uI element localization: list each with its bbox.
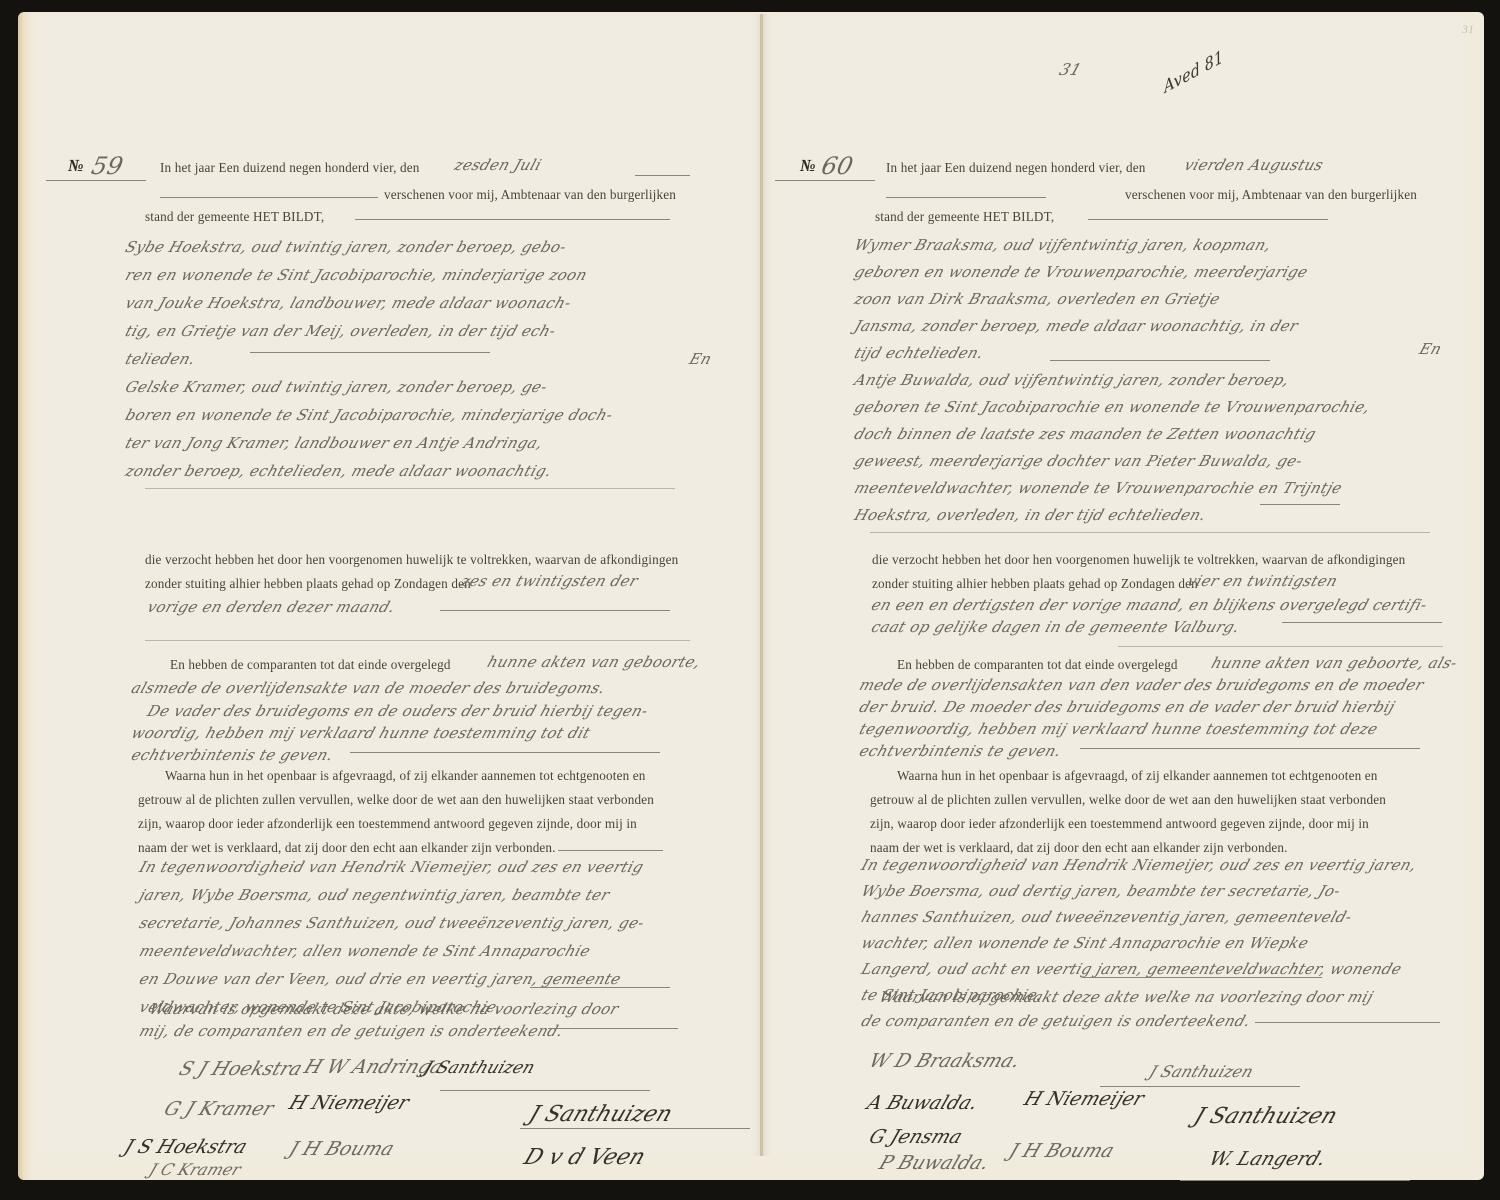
documents-line: woordig, hebben mij verklaard hunne toes… <box>129 724 593 742</box>
bride-line: zonder beroep, echtelieden, mede aldaar … <box>123 462 554 480</box>
vows-text: naam der wet is verklaard, dat zij door … <box>870 840 1288 856</box>
groom-line: zoon van Dirk Braaksma, overleden en Gri… <box>852 290 1223 308</box>
divider <box>1088 219 1328 220</box>
groom-line: Sybe Hoekstra, oud twintig jaren, zonder… <box>123 238 569 256</box>
bride-line: Antje Buwalda, oud vijfentwintig jaren, … <box>852 371 1292 389</box>
signature: H Niemeijer <box>1021 1088 1147 1110</box>
banns-dates: vorige en derden dezer maand. <box>145 598 397 616</box>
divider <box>558 850 663 851</box>
signature: W D Braaksma. <box>866 1050 1023 1072</box>
signature: D v d Veen <box>520 1145 648 1170</box>
record-number: 59 <box>89 152 125 180</box>
bride-line: geboren te Sint Jacobiparochie en wonend… <box>852 398 1373 416</box>
witness-line: hannes Santhuizen, oud tweeënzeventig ja… <box>859 908 1354 926</box>
signature: H Niemeijer <box>286 1092 412 1114</box>
bride-line: Hoekstra, overleden, in der tijd echteli… <box>852 506 1208 524</box>
documents-line: echtverbintenis te geven. <box>857 742 1064 760</box>
groom-line: tijd echtelieden. <box>852 344 986 362</box>
closing-line: Waarvan is opgemaakt deze akte, welke na… <box>147 1000 621 1018</box>
signature: J Santhuizen <box>1190 1104 1340 1129</box>
marriage-date: vierden Augustus <box>1182 156 1326 174</box>
documents-line: hunne akten van geboorte, <box>485 653 703 671</box>
witness-line: en Douwe van der Veen, oud drie en veert… <box>137 970 623 988</box>
divider <box>440 610 670 611</box>
bride-line: ter van Jong Kramer, landbouwer en Antje… <box>123 434 545 452</box>
signature: S J Hoekstra <box>176 1058 305 1080</box>
groom-line: van Jouke Hoekstra, landbouwer, mede ald… <box>123 294 573 312</box>
signature: G Jensma <box>866 1126 965 1148</box>
signature: G J Kramer <box>161 1098 277 1120</box>
vows-text: zijn, waarop door ieder afzonderlijk een… <box>870 816 1369 832</box>
vows-text: getrouw al de plichten zullen vervullen,… <box>870 792 1386 808</box>
witness-line: secretarie, Johannes Santhuizen, oud twe… <box>137 914 647 932</box>
witness-line: In tegenwoordigheid van Hendrik Niemeije… <box>137 858 646 876</box>
divider <box>886 197 1046 198</box>
vows-text: Waarna hun in het openbaar is afgevraagd… <box>897 768 1378 784</box>
divider <box>145 488 675 489</box>
divider <box>355 219 670 220</box>
divider <box>250 352 490 353</box>
vows-text: naam der wet is verklaard, dat zij door … <box>138 840 556 856</box>
divider <box>530 987 670 988</box>
divider <box>160 197 378 198</box>
divider <box>46 180 146 181</box>
groom-line: ren en wonende te Sint Jacobiparochie, m… <box>123 266 590 284</box>
witness-line: meenteveldwachter, allen wonende te Sint… <box>137 942 593 960</box>
vows-text: zijn, waarop door ieder afzonderlijk een… <box>138 816 637 832</box>
municipality-text: stand der gemeente HET BILDT, <box>875 209 1054 225</box>
banns-dates: vier en twintigsten <box>1185 572 1340 590</box>
divider <box>1255 1022 1440 1023</box>
request-text: zonder stuiting alhier hebben plaats geh… <box>145 576 471 592</box>
marriage-date: zesden Juli <box>452 156 544 174</box>
divider <box>870 532 1430 533</box>
divider <box>635 175 690 176</box>
vows-text: getrouw al de plichten zullen vervullen,… <box>138 792 654 808</box>
record-number-label: № <box>800 156 816 176</box>
signature: A Buwalda. <box>864 1092 981 1114</box>
signature: P Buwalda. <box>876 1152 992 1174</box>
documents-line: De vader des bruidegoms en de ouders der… <box>145 702 650 720</box>
page-number: 31 <box>1462 22 1474 37</box>
signature: J Santhuizen <box>421 1058 537 1078</box>
witness-line: Langerd, oud acht en veertig jaren, geme… <box>859 960 1404 978</box>
groom-line: Wymer Braaksma, oud vijfentwintig jaren,… <box>852 236 1274 254</box>
signature: J Santhuizen <box>1147 1062 1257 1081</box>
appeared-text: verschenen voor mij, Ambtenaar van den b… <box>384 187 676 203</box>
divider <box>145 640 690 641</box>
submitted-text: En hebben de comparanten tot dat einde o… <box>170 657 451 673</box>
divider <box>1050 360 1270 361</box>
closing-line: Waarvan is opgemaakt deze akte welke na … <box>877 988 1376 1006</box>
signature: J H Bouma <box>286 1138 397 1160</box>
groom-line: Jansma, zonder beroep, mede aldaar woona… <box>852 317 1300 335</box>
bride-line: boren en wonende te Sint Jacobiparochie,… <box>123 406 615 424</box>
request-text: die verzocht hebben het door hen voorgen… <box>145 552 678 568</box>
divider <box>1260 504 1340 505</box>
bride-line: meenteveldwachter, wonende te Vrouwenpar… <box>852 479 1345 497</box>
groom-line: tig, en Grietje van der Meij, overleden,… <box>123 322 558 340</box>
documents-line: alsmede de overlijdensakte van de moeder… <box>129 679 608 697</box>
witness-line: In tegenwoordigheid van Hendrik Niemeije… <box>859 856 1419 874</box>
divider <box>1282 622 1442 623</box>
groom-line: telieden. <box>123 350 198 368</box>
divider <box>548 1028 678 1029</box>
intro-text: In het jaar Een duizend negen honderd vi… <box>886 160 1146 176</box>
banns-dates: caat op gelijke dagen in de gemeente Val… <box>869 618 1242 636</box>
banns-dates: en een en dertigsten der vorige maand, e… <box>869 596 1429 614</box>
intro-text: In het jaar Een duizend negen honderd vi… <box>160 160 420 176</box>
divider <box>1118 646 1443 647</box>
documents-line: tegenwoordig, hebben mij verklaard hunne… <box>857 720 1380 738</box>
appeared-text: verschenen voor mij, Ambtenaar van den b… <box>1125 187 1417 203</box>
divider <box>1180 1180 1410 1181</box>
divider <box>1080 748 1420 749</box>
signature: J S Hoekstra <box>121 1136 250 1158</box>
book-gutter <box>760 14 763 1156</box>
signature: J C Kramer <box>147 1160 244 1179</box>
witness-line: Wybe Boersma, oud dertig jaren, beambte … <box>859 882 1343 900</box>
divider <box>440 1090 650 1091</box>
witness-line: wachter, allen wonende te Sint Annaparoc… <box>859 934 1311 952</box>
submitted-text: En hebben de comparanten tot dat einde o… <box>897 657 1178 673</box>
request-text: die verzocht hebben het door hen voorgen… <box>872 552 1405 568</box>
bride-line: geweest, meerderjarige dochter van Piete… <box>852 452 1305 470</box>
signature: J H Bouma <box>1006 1140 1117 1162</box>
record-number-label: № <box>68 156 84 176</box>
municipality-text: stand der gemeente HET BILDT, <box>145 209 324 225</box>
request-text: zonder stuiting alhier hebben plaats geh… <box>872 576 1198 592</box>
documents-line: der bruid. De moeder des bruidegoms en d… <box>857 698 1397 716</box>
divider <box>1082 977 1322 978</box>
documents-line: mede de overlijdensakten van den vader d… <box>857 676 1426 694</box>
divider <box>520 1128 750 1129</box>
bride-line: Gelske Kramer, oud twintig jaren, zonder… <box>123 378 550 396</box>
groom-line: geboren en wonende te Vrouwenparochie, m… <box>852 263 1310 281</box>
divider <box>775 180 875 181</box>
record-number: 60 <box>819 152 855 180</box>
closing-line: de comparanten en de getuigen is onderte… <box>859 1012 1253 1030</box>
divider <box>1100 1086 1300 1087</box>
divider <box>350 752 660 753</box>
bride-line: doch binnen de laatste zes maanden te Ze… <box>852 425 1318 443</box>
banns-dates: zes en twintigsten der <box>459 572 640 590</box>
documents-line: hunne akten van geboorte, als- <box>1209 654 1460 672</box>
documents-line: echtverbintenis te geven. <box>129 746 336 764</box>
signature: J Santhuizen <box>525 1102 675 1127</box>
signature: W. Langerd. <box>1206 1148 1329 1170</box>
witness-line: jaren, Wybe Boersma, oud negentwintig ja… <box>137 886 612 904</box>
closing-line: mij, de comparanten en de getuigen is on… <box>137 1022 566 1040</box>
vows-text: Waarna hun in het openbaar is afgevraagd… <box>165 768 646 784</box>
